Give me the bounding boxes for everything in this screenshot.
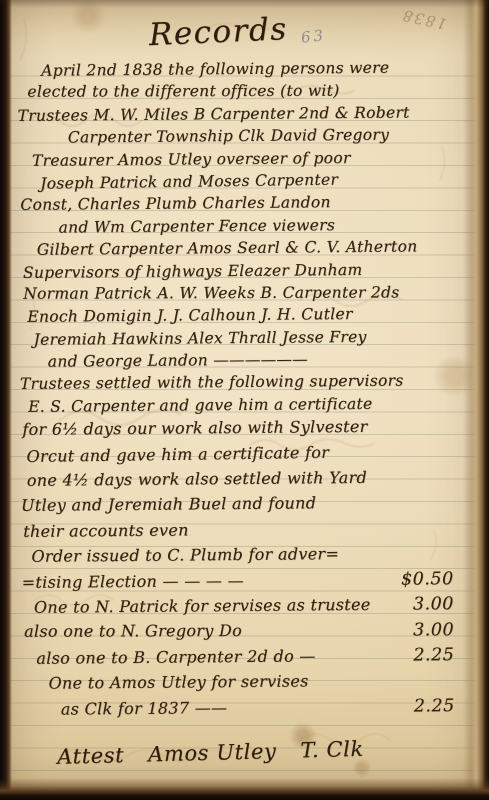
ledger-line: elected to the different offices (to wit… [11,82,463,106]
ledger-line: their accounts even [15,518,467,547]
line-amount: 3.00 [396,594,468,615]
line-text: Enoch Domigin J. J. Calhoun J. H. Cutler [27,305,393,326]
book-cover-edge-bottom [0,778,489,800]
line-amount [391,72,463,73]
line-amount [395,455,467,456]
line-text: also one to N. Gregory Do [24,621,396,641]
page-title: Records [148,11,288,53]
line-amount [395,533,467,534]
line-text: and George Landon —————— [48,350,394,371]
ledger-line: Utley and Jeremiah Buel and found [15,492,467,521]
line-text: Carpenter Township Clk David Gregory [68,126,392,147]
pencil-page-number: 63 [300,26,327,47]
ledger-lines: April 2nd 1838 the following persons wer… [11,58,469,725]
line-text: Order issued to C. Plumb for adver= [31,544,395,566]
ledger-line: as Clk for 1837 ——2.25 [17,696,469,725]
ledger-page-scan: Records 63 1838 April 2nd 1838 the follo… [0,0,489,800]
line-amount: $0.50 [396,569,468,590]
page-edge-top-shadow [0,0,489,8]
book-binding-edge [0,0,12,800]
line-amount [392,206,464,207]
line-amount [392,183,464,184]
line-amount: 3.00 [396,621,468,641]
line-amount [394,341,466,342]
ledger-line: April 2nd 1838 the following persons wer… [11,58,463,84]
signature-clerk-title: T. Clk [300,737,364,763]
line-text: One to Amos Utley for servises [48,671,396,693]
ledger-line: also one to B. Carpenter 2d do —2.25 [16,645,468,674]
line-amount: 2.25 [397,696,469,717]
line-amount [395,558,467,559]
line-amount [393,229,465,230]
line-text: also one to B. Carpenter 2d do — [36,645,396,667]
page-content: Records 63 1838 April 2nd 1838 the follo… [11,12,470,766]
signature-name: Amos Utley [148,739,277,766]
ledger-line: also one to N. Gregory Do3.00 [16,621,468,648]
ledger-line: One to N. Patrick for servises as truste… [16,594,468,623]
line-amount [393,274,465,275]
line-text: elected to the different offices (to wit… [27,82,391,101]
line-amount [394,431,466,432]
line-amount [392,162,464,163]
line-text: Orcut and gave him a certificate for [26,441,394,465]
line-text: as Clk for 1837 —— [61,696,397,718]
line-text: =tising Election — — — — [22,569,396,591]
line-text: Utley and Jeremiah Buel and found [21,493,395,515]
line-amount [395,507,467,508]
line-text: Norman Patrick A. W. Weeks B. Carpenter … [23,283,399,302]
ledger-line: Order issued to C. Plumb for adver= [15,543,467,572]
line-text: Trustees settled with the following supe… [20,372,404,393]
line-amount [394,408,466,409]
line-amount: 2.25 [396,645,468,666]
line-text: their accounts even [23,518,395,540]
signature-attest: Attest [57,743,125,769]
line-text: Jeremiah Hawkins Alex Thrall Jesse Frey [33,327,393,348]
line-text: Supervisors of highways Eleazer Dunham [23,260,393,281]
line-text: and Wm Carpenter Fence viewers [59,215,393,236]
line-amount [393,318,465,319]
line-text: Joseph Patrick and Moses Carpenter [40,170,392,193]
line-amount [397,685,469,686]
line-amount [395,482,467,483]
ledger-line: =tising Election — — — —$0.50 [16,569,468,598]
ledger-line: Supervisors of highways Eleazer Dunham [13,260,465,286]
line-text: Gilbert Carpenter Amos Searl & C. V. Ath… [37,238,418,259]
line-text: April 2nd 1838 the following persons wer… [41,59,391,80]
ledger-line: Norman Patrick A. W. Weeks B. Carpenter … [13,283,465,307]
line-text: One to N. Patrick for servises as truste… [34,595,396,617]
line-amount [394,363,466,364]
page-stack-edge-right [463,0,489,800]
ledger-line: One to Amos Utley for servises [16,670,468,699]
line-text: Trustees M. W. Miles B Carpenter 2nd & R… [18,103,410,124]
title-row: Records 63 1838 [11,12,463,60]
line-text: for 6½ days our work also with Sylvester [22,417,394,439]
line-text: Treasurer Amos Utley overseer of poor [32,148,392,169]
line-amount [392,139,464,140]
line-text: E. S. Carpenter and gave him a certifica… [28,395,394,416]
